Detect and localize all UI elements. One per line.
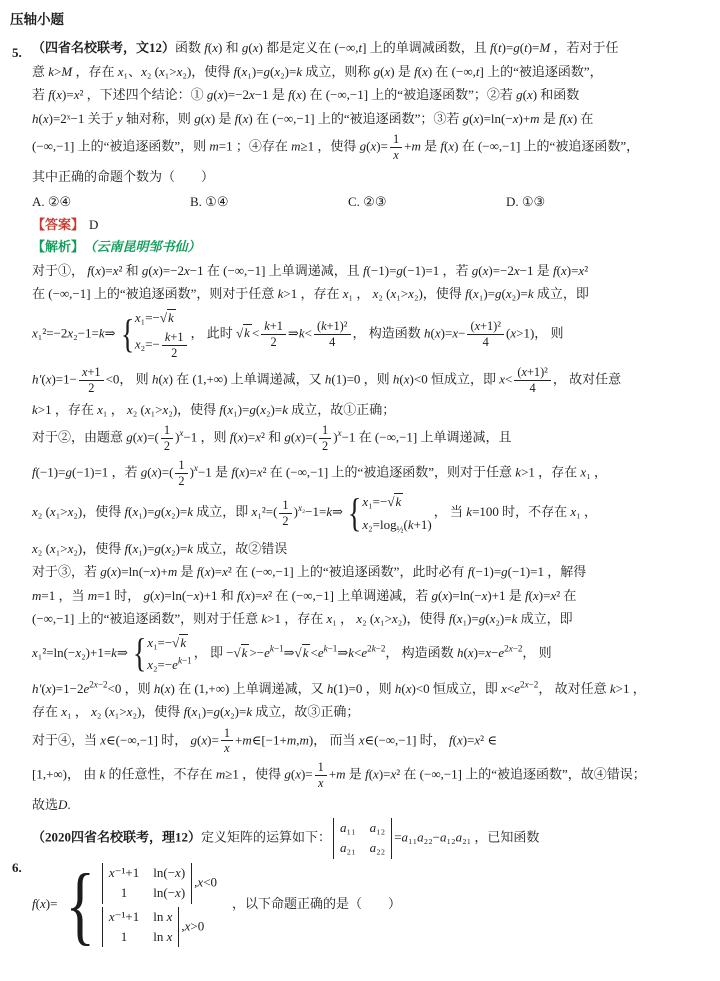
fraction-denominator: x: [315, 776, 326, 791]
text-line: x₁²=ln(−x₂)+1=k⇒{x₁=−√kx₂=−ek−1， 即 −√k>−…: [32, 633, 708, 675]
math-sqrt: √k: [387, 493, 403, 509]
analysis-label: 【解析】: [32, 239, 84, 254]
math-fraction: 12: [161, 423, 173, 454]
determinant-cell: ln x: [153, 928, 172, 947]
math-fraction: 1x: [390, 132, 402, 163]
fraction-denominator: 2: [85, 381, 97, 396]
math-cases: {x₁=−√kx₂=−ek−1: [130, 633, 192, 675]
math-sqrt: √k: [160, 309, 176, 325]
cases-row: x₂=−k+12: [135, 330, 189, 361]
math-fraction: 1x: [221, 726, 233, 757]
fraction-denominator: 2: [175, 474, 187, 489]
text-line: （2020四省名校联考，理12）定义矩阵的运算如下：a₁₁a₁₂a₂₁a₂₂=a…: [32, 818, 708, 859]
superscript: x: [194, 463, 198, 473]
math-fraction: 12: [319, 423, 331, 454]
text-line: h′(x)=1−x+12<0， 则 h(x) 在 (1,+∞) 上单调递减，又 …: [32, 365, 708, 396]
determinant-cell: ln(−x): [153, 864, 185, 883]
math-determinant: x⁻¹+1ln x1ln x: [102, 907, 180, 948]
cases-row: x₂=log½(k+1): [362, 515, 431, 535]
text-line: 若 f(x)=x² ，下述四个结论：① g(x)=−2x−1 是 f(x) 在 …: [32, 85, 708, 105]
cases-row: x₂=−ek−1: [147, 655, 192, 675]
math-determinant: x⁻¹+1ln(−x)1ln(−x): [102, 863, 192, 904]
text-line: m=1 ，当 m=1 时， g(x)=ln(−x)+1 和 f(x)=x² 在 …: [32, 586, 708, 606]
cases-row: x⁻¹+1ln(−x)1ln(−x),x<0: [100, 863, 217, 904]
text-line: x₂ (x₁>x₂)，使得 f(x₁)=g(x₂)=k 成立，即 x₁²=(12…: [32, 492, 708, 534]
determinant-cell: ln(−x): [153, 884, 185, 903]
math-fraction: (x+1)²4: [467, 319, 504, 350]
fraction-denominator: 2: [279, 514, 291, 529]
radical-sign: √: [234, 645, 241, 660]
determinant-cell: a₂₂: [370, 839, 386, 858]
left-brace: {: [120, 317, 134, 351]
math-fraction: 12: [175, 458, 187, 489]
question-6-body: （2020四省名校联考，理12）定义矩阵的运算如下：a₁₁a₁₂a₂₁a₂₂=a…: [32, 818, 708, 947]
option-d: D. ①③: [506, 192, 664, 212]
analysis-credit: （云南昆明邹书仙）: [90, 239, 201, 254]
answer-value: D: [89, 217, 98, 232]
radical-sign: √: [295, 645, 302, 660]
radicand: k: [302, 644, 311, 660]
fraction-denominator: 4: [326, 335, 338, 350]
math-fraction: k+12: [162, 330, 187, 361]
determinant-cell: 1: [109, 884, 139, 903]
superscript: k−1: [178, 656, 192, 666]
analysis-row: 【解析】（云南昆明邹书仙）: [32, 237, 708, 257]
text-line: x₁²=−2x₂−1=k⇒{x₁=−√kx₂=−k+12， 此时 √k<k+12…: [32, 308, 708, 361]
answer-label: 【答案】: [32, 217, 84, 232]
fraction-numerator: 1: [175, 458, 187, 474]
cases-rows: x₁=−√kx₂=−k+12: [135, 308, 189, 361]
fraction-numerator: 1: [315, 760, 327, 776]
subscript: ½: [397, 524, 404, 534]
fraction-denominator: x: [221, 741, 232, 756]
cases-row: x₁=−√k: [147, 633, 192, 653]
math-fraction: (x+1)²4: [514, 365, 551, 396]
superscript: k−1: [270, 643, 284, 653]
determinant-cell: 1: [109, 928, 139, 947]
fraction-numerator: 1: [161, 423, 173, 439]
fraction-numerator: (x+1)²: [514, 365, 551, 381]
superscript: 2x−2: [89, 679, 107, 689]
determinant-cell: a₁₂: [370, 819, 386, 838]
left-brace: {: [66, 868, 96, 943]
option-a: A. ②④: [32, 192, 190, 212]
cases-rows: x⁻¹+1ln(−x)1ln(−x),x<0x⁻¹+1ln x1ln x,x>0: [100, 863, 217, 947]
superscript: 2x−2: [504, 643, 522, 653]
math-cases: {x₁=−√kx₂=log½(k+1): [345, 492, 432, 534]
text-line: 其中正确的命题个数为（ ）: [32, 167, 708, 187]
math-sqrt: √k: [236, 324, 252, 340]
math-fraction: 12: [279, 498, 291, 529]
fraction-numerator: k+1: [162, 330, 187, 346]
math-determinant: a₁₁a₁₂a₂₁a₂₂: [333, 818, 392, 859]
radicand: k: [167, 309, 176, 325]
cases-row: x⁻¹+1ln x1ln x,x>0: [100, 907, 217, 948]
fraction-denominator: 2: [268, 335, 280, 350]
fraction-numerator: 1: [319, 423, 331, 439]
text-line: (−∞,−1] 上的“被追逐函数”，则对于任意 k>1 ，存在 x₁ ， x₂ …: [32, 609, 708, 629]
text-line: 故选D.: [32, 795, 708, 815]
superscript: 2k−2: [367, 643, 385, 653]
option-b: B. ①④: [190, 192, 348, 212]
radicand: k: [243, 324, 252, 340]
text-line: f(−1)=g(−1)=1 ，若 g(x)=(12)x−1 是 f(x)=x² …: [32, 458, 708, 489]
math-sqrt: √k: [295, 644, 311, 660]
fraction-numerator: 1: [221, 726, 233, 742]
math-cases: {x₁=−√kx₂=−k+12: [118, 308, 189, 361]
text-line: [1,+∞)， 由 k 的任意性，不存在 m≥1 ，使得 g(x)=1x+m 是…: [32, 760, 708, 791]
fraction-denominator: 2: [319, 439, 331, 454]
bold-text: （2020四省名校联考，理12）: [32, 830, 201, 845]
text-line: 对于④，当 x∈(−∞,−1] 时， g(x)=1x+m∈[−1+m,m)， 而…: [32, 726, 708, 757]
text-line: 存在 x₁ ， x₂ (x₁>x₂)，使得 f(x₁)=g(x₂)=k 成立，故…: [32, 702, 708, 722]
text-line: 对于②，由题意 g(x)=(12)x−1 ，则 f(x)=x² 和 g(x)=(…: [32, 423, 708, 454]
text-line: 在 (−∞,−1] 上的“被追逐函数”，则对于任意 k>1 ，存在 x₁ ， x…: [32, 284, 708, 304]
fraction-numerator: 1: [390, 132, 402, 148]
question-6-number: 6.: [12, 858, 22, 878]
fraction-numerator: (x+1)²: [467, 319, 504, 335]
cases-rows: x₁=−√kx₂=−ek−1: [147, 633, 192, 675]
cases-rows: x₁=−√kx₂=log½(k+1): [362, 492, 431, 534]
math-fraction: x+12: [79, 365, 104, 396]
text-line: k>1 ，存在 x₁ ， x₂ (x₁>x₂)，使得 f(x₁)=g(x₂)=k…: [32, 400, 708, 420]
text-line: h′(x)=1−2e2x−2<0 ，则 h(x) 在 (1,+∞) 上单调递减，…: [32, 679, 708, 699]
fraction-numerator: k+1: [261, 319, 286, 335]
fraction-numerator: (k+1)²: [314, 319, 351, 335]
fraction-denominator: x: [390, 148, 401, 163]
fraction-denominator: 4: [480, 335, 492, 350]
question-5-number: 5.: [12, 43, 22, 63]
cases-row: x₁=−√k: [135, 308, 189, 328]
radicand: k: [394, 493, 403, 509]
fraction-denominator: 4: [527, 381, 539, 396]
determinant-cell: a₁₁: [340, 819, 356, 838]
option-c: C. ②③: [348, 192, 506, 212]
determinant-cell: ln x: [153, 908, 172, 927]
math-sqrt: √k: [172, 634, 188, 650]
math-cases: {x⁻¹+1ln(−x)1ln(−x),x<0x⁻¹+1ln x1ln x,x>…: [59, 863, 217, 947]
question-6: 6. （2020四省名校联考，理12）定义矩阵的运算如下：a₁₁a₁₂a₂₁a₂…: [10, 818, 708, 947]
superscript: x₂: [298, 503, 305, 513]
determinant-cell: x⁻¹+1: [109, 864, 139, 883]
determinant-cell: a₂₁: [340, 839, 356, 858]
fraction-numerator: 1: [279, 498, 291, 514]
cases-row: x₁=−√k: [362, 492, 431, 512]
superscript: x: [179, 428, 183, 438]
answer-options: A. ②④ B. ①④ C. ②③ D. ①③: [32, 192, 708, 212]
radicand: k: [179, 634, 188, 650]
math-fraction: (k+1)²4: [314, 319, 351, 350]
text-line: 意 k>M ，存在 x₁、x₂ (x₁>x₂)，使得 f(x₁)=g(x₂)=k…: [32, 62, 708, 82]
section-title: 压轴小题: [10, 10, 708, 30]
bold-text: （四省名校联考，文12）: [32, 40, 175, 55]
fraction-denominator: 2: [168, 346, 180, 361]
text-line: （四省名校联考，文12）函数 f(x) 和 g(x) 都是定义在 (−∞,t] …: [32, 38, 708, 58]
radicand: k: [241, 644, 250, 660]
document-page: 压轴小题 5. （四省名校联考，文12）函数 f(x) 和 g(x) 都是定义在…: [10, 10, 708, 947]
text-line: x₂ (x₁>x₂)，使得 f(x₁)=g(x₂)=k 成立，故②错误: [32, 539, 708, 559]
question-5-body: （四省名校联考，文12）函数 f(x) 和 g(x) 都是定义在 (−∞,t] …: [32, 38, 708, 186]
fraction-denominator: 2: [161, 439, 173, 454]
text-line: f(x)={x⁻¹+1ln(−x)1ln(−x),x<0x⁻¹+1ln x1ln…: [32, 863, 708, 947]
question-5: 5. （四省名校联考，文12）函数 f(x) 和 g(x) 都是定义在 (−∞,…: [10, 38, 708, 814]
superscript: k−1: [324, 643, 338, 653]
text-line: (−∞,−1] 上的“被追逐函数”，则 m=1 ；④存在 m≥1 ，使得 g(x…: [32, 132, 708, 163]
text-line: 对于①， f(x)=x² 和 g(x)=−2x−1 在 (−∞,−1] 上单调递…: [32, 261, 708, 281]
answer-row: 【答案】D: [32, 215, 708, 235]
math-fraction: k+12: [261, 319, 286, 350]
math-sqrt: √k: [234, 644, 250, 660]
text-line: 对于③，若 g(x)=ln(−x)+m 是 f(x)=x² 在 (−∞,−1] …: [32, 562, 708, 582]
math-fraction: 1x: [315, 760, 327, 791]
radical-sign: √: [160, 310, 167, 325]
superscript: 2x−2: [520, 679, 538, 689]
superscript: x: [338, 428, 342, 438]
left-brace: {: [348, 496, 362, 530]
fraction-numerator: x+1: [79, 365, 104, 381]
solution-body: 对于①， f(x)=x² 和 g(x)=−2x−1 在 (−∞,−1] 上单调递…: [32, 261, 708, 814]
left-brace: {: [133, 636, 147, 670]
text-line: h(x)=2ˣ−1 关于 y 轴对称，则 g(x) 是 f(x) 在 (−∞,−…: [32, 109, 708, 129]
determinant-cell: x⁻¹+1: [109, 908, 139, 927]
